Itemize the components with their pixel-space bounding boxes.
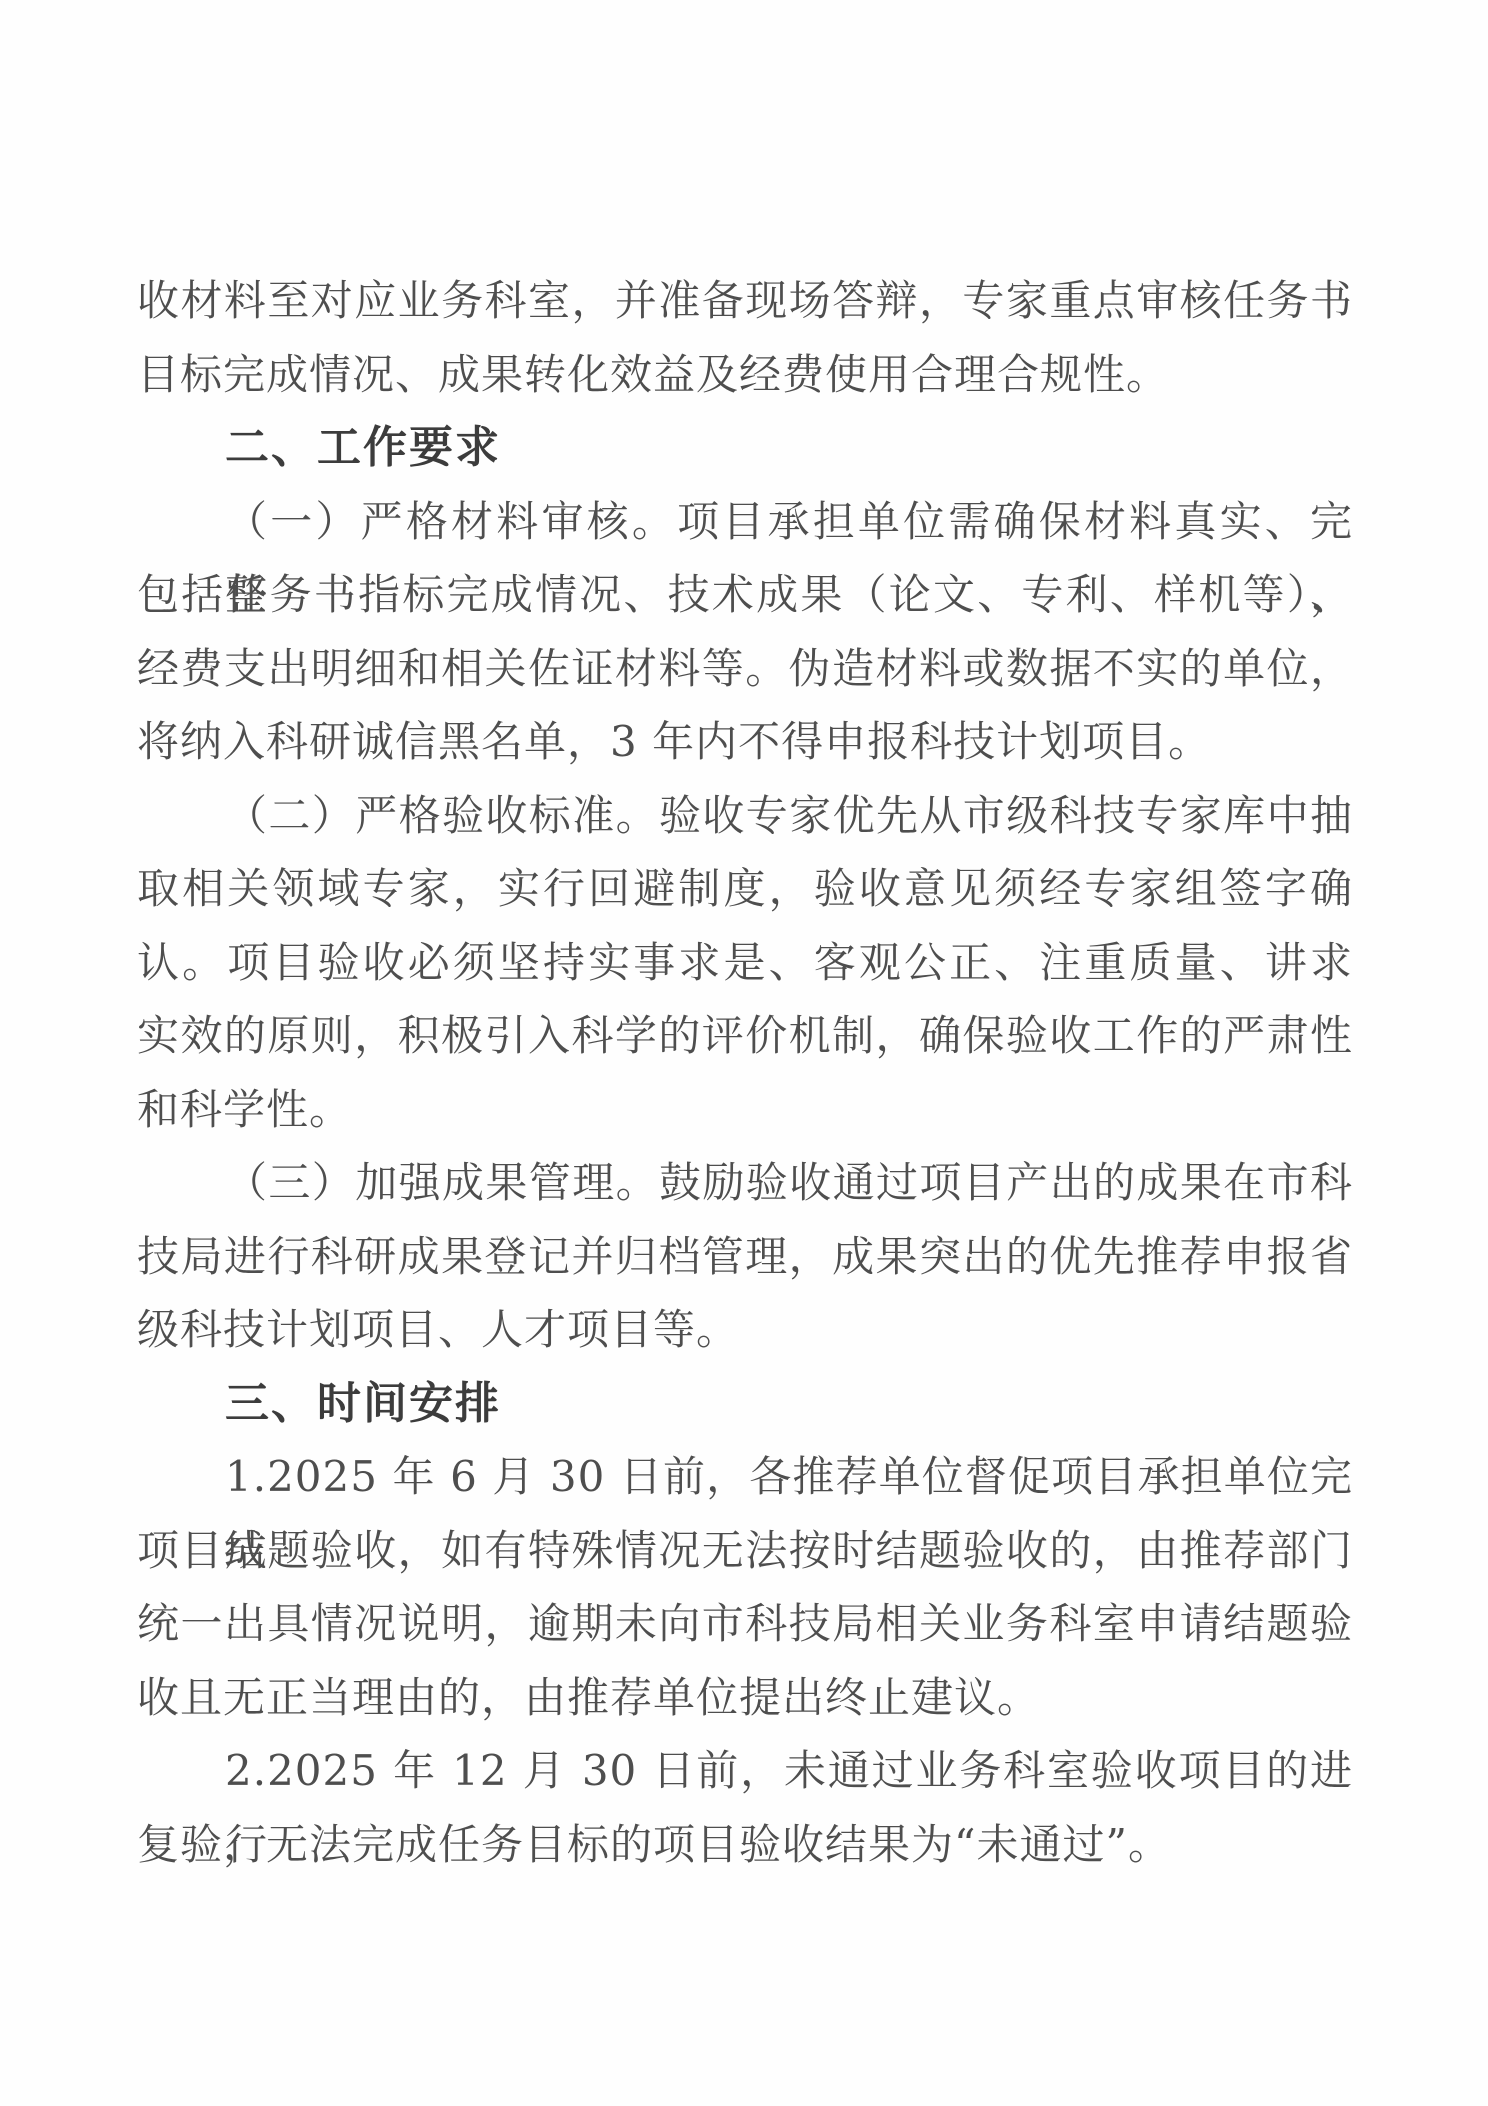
- text-line: 将纳入科研诚信黑名单，3 年内不得申报科技计划项目。: [137, 705, 1353, 779]
- text-line: 统一出具情况说明，逾期未向市科技局相关业务科室申请结题验: [137, 1587, 1353, 1661]
- text-line: 复验，无法完成任务目标的项目验收结果为“未通过”。: [137, 1808, 1353, 1882]
- text-line: 实效的原则，积极引入科学的评价机制，确保验收工作的严肃性: [137, 999, 1353, 1073]
- section-heading-schedule: 三、时间安排: [137, 1367, 1353, 1441]
- text-line: 收材料至对应业务科室，并准备现场答辩，专家重点审核任务书: [137, 264, 1353, 338]
- text-line: 和科学性。: [137, 1073, 1353, 1147]
- text-line: 取相关领域专家，实行回避制度，验收意见须经专家组签字确: [137, 852, 1353, 926]
- text-line-paragraph-start: （二）严格验收标准。验收专家优先从市级科技专家库中抽: [137, 779, 1353, 853]
- text-line: 经费支出明细和相关佐证材料等。伪造材料或数据不实的单位，: [137, 632, 1353, 706]
- text-line: 包括任务书指标完成情况、技术成果（论文、专利、样机等）、: [137, 558, 1353, 632]
- text-line-paragraph-start: （三）加强成果管理。鼓励验收通过项目产出的成果在市科: [137, 1146, 1353, 1220]
- document-text-block: 收材料至对应业务科室，并准备现场答辩，专家重点审核任务书 目标完成情况、成果转化…: [137, 264, 1353, 1881]
- text-line: 目标完成情况、成果转化效益及经费使用合理合规性。: [137, 338, 1353, 412]
- text-line: 项目结题验收，如有特殊情况无法按时结题验收的，由推荐部门: [137, 1514, 1353, 1588]
- text-line: 认。项目验收必须坚持实事求是、客观公正、注重质量、讲求: [137, 926, 1353, 1000]
- text-line: 收且无正当理由的，由推荐单位提出终止建议。: [137, 1661, 1353, 1735]
- text-line: 技局进行科研成果登记并归档管理，成果突出的优先推荐申报省: [137, 1220, 1353, 1294]
- text-line: 级科技计划项目、人才项目等。: [137, 1293, 1353, 1367]
- section-heading-work-requirements: 二、工作要求: [137, 411, 1353, 485]
- text-line-paragraph-start: （一）严格材料审核。项目承担单位需确保材料真实、完整，: [137, 485, 1353, 559]
- document-page: 收材料至对应业务科室，并准备现场答辩，专家重点审核任务书 目标完成情况、成果转化…: [0, 0, 1488, 2106]
- text-line-paragraph-start: 1.2025 年 6 月 30 日前，各推荐单位督促项目承担单位完成: [137, 1440, 1353, 1514]
- text-line-paragraph-start: 2.2025 年 12 月 30 日前，未通过业务科室验收项目的进行: [137, 1734, 1353, 1808]
